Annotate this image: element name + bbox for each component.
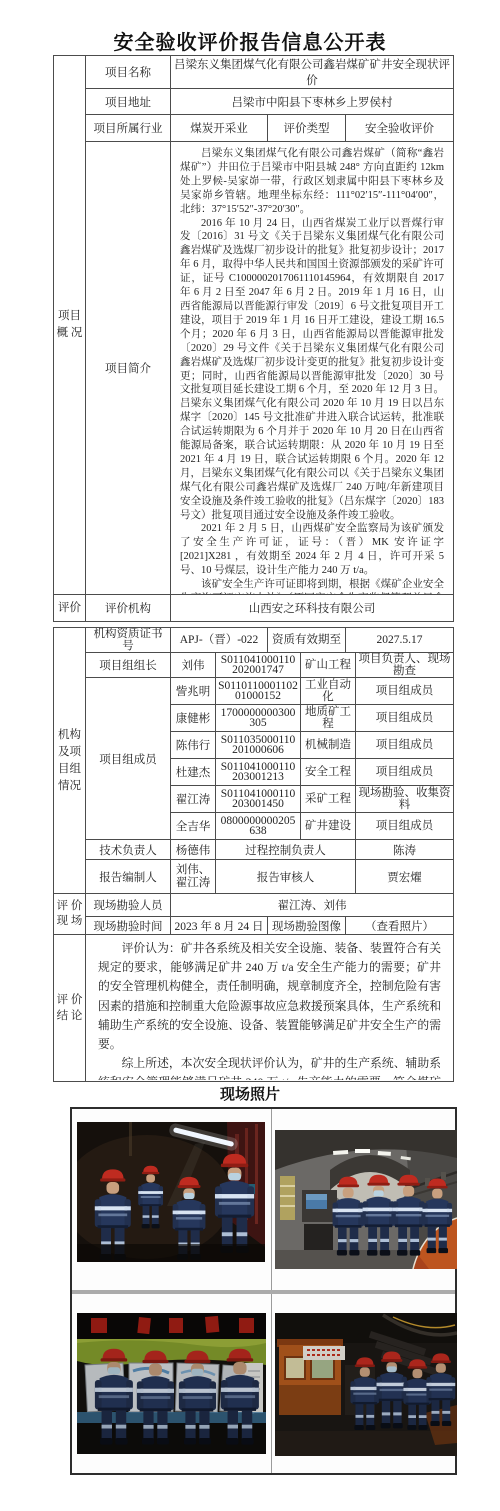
photo-underground-station-group bbox=[275, 1313, 457, 1456]
project-intro-text: 吕梁东义集团煤气化有限公司鑫岩煤矿（简称“鑫岩煤矿”）井田位于吕梁市中阳县城 2… bbox=[173, 142, 451, 594]
industry-value: 煤炭开采业 bbox=[171, 115, 268, 142]
project-name-value: 吕梁东义集团煤气化有限公司鑫岩煤矿矿井安全现状评价 bbox=[171, 56, 454, 89]
member-name: 全吉华 bbox=[171, 813, 216, 840]
table-row: 技术负责人 杨德伟 过程控制负责人 陈涛 bbox=[54, 840, 454, 860]
photo-underground-roadway-monitor-group bbox=[275, 1130, 457, 1269]
member-cert: S011041000110203001450 bbox=[216, 786, 301, 813]
table-row: 评 价 现 场 现场勘验人员 翟江涛、刘伟 bbox=[54, 894, 454, 917]
member-name: 陈伟行 bbox=[171, 732, 216, 759]
intro-paragraph: 2016 年 10 月 24 日，山西省煤炭工业厅以晋煤行审发〔2016〕31 … bbox=[180, 217, 444, 523]
conclusion-paragraph: 评价认为：矿井各系统及相关安全设施、装备、装置符合有关规定的要求，能够满足矿井 … bbox=[98, 939, 441, 1054]
report-reviewer-label: 报告审核人 bbox=[216, 860, 356, 894]
member-cert: 1700000000300305 bbox=[216, 705, 301, 732]
table-row: 项目所属行业 煤炭开采业 评价类型 安全验收评价 bbox=[54, 115, 454, 142]
member-name: 訾兆明 bbox=[171, 678, 216, 705]
eval-org-label: 评价机构 bbox=[86, 595, 171, 622]
project-name-label: 项目名称 bbox=[86, 56, 171, 89]
conclusion-text: 评价认为：矿井各系统及相关安全设施、装备、装置符合有关规定的要求，能够满足矿井 … bbox=[88, 936, 451, 1080]
table-row: 现场勘验时间 2023 年 8 月 24 日 现场勘验图像 （查看照片） bbox=[54, 917, 454, 935]
report-writer-names: 刘伟、 翟江涛 bbox=[171, 860, 216, 894]
intro-paragraph: 吕梁东义集团煤气化有限公司鑫岩煤矿（简称“鑫岩煤矿”）井田位于吕梁市中阳县城 2… bbox=[180, 147, 444, 217]
team-info-table: 机构 及项 目组 情况 机构资质证书号 APJ-（晋）-022 资质有效期至 2… bbox=[53, 627, 454, 1082]
conclusion-cell: 评价认为：矿井各系统及相关安全设施、装备、装置符合有关规定的要求，能够满足矿井 … bbox=[86, 935, 454, 1082]
member-role: 项目组成员 bbox=[356, 705, 454, 732]
table-row: 项目简介 吕梁东义集团煤气化有限公司鑫岩煤矿（简称“鑫岩煤矿”）井田位于吕梁市中… bbox=[54, 142, 454, 595]
member-role: 项目组成员 bbox=[356, 732, 454, 759]
member-role: 项目组成员 bbox=[356, 813, 454, 840]
member-name: 杜建杰 bbox=[171, 759, 216, 786]
section-label-project-overview: 项目 概 况 bbox=[54, 56, 86, 595]
section-label-team: 机构 及项 目组 情况 bbox=[54, 628, 86, 894]
cert-valid-value: 2027.5.17 bbox=[346, 628, 454, 653]
table-row: 评 价 结 论 评价认为：矿井各系统及相关安全设施、装备、装置符合有关规定的要求… bbox=[54, 935, 454, 1082]
org-cert-no-label: 机构资质证书号 bbox=[86, 628, 171, 653]
process-lead-label: 过程控制负责人 bbox=[216, 840, 356, 860]
member-major: 地质矿工程 bbox=[301, 705, 356, 732]
member-major: 采矿工程 bbox=[301, 786, 356, 813]
members-label: 项目组成员 bbox=[86, 678, 171, 840]
member-row: 项目组成员 訾兆明 S011011000110201000152 工业自动化 项… bbox=[54, 678, 454, 705]
leader-role: 项目负责人、现场勘查 bbox=[356, 653, 454, 678]
table-row: 报告编制人 刘伟、 翟江涛 报告审核人 贾宏燿 bbox=[54, 860, 454, 894]
site-time-value: 2023 年 8 月 24 日 bbox=[171, 917, 268, 935]
table-row: 评价 评价机构 山西安之环科技有限公司 bbox=[54, 595, 454, 622]
member-major: 工业自动化 bbox=[301, 678, 356, 705]
leader-label: 项目组组长 bbox=[86, 653, 171, 678]
leader-cert: S011041000110202001747 bbox=[216, 653, 301, 678]
member-role: 项目组成员 bbox=[356, 759, 454, 786]
photos-horizontal-divider bbox=[72, 1290, 455, 1294]
photo-exhibition-wall-group bbox=[77, 1313, 266, 1454]
report-reviewer-name: 贾宏燿 bbox=[356, 860, 454, 894]
member-cert: S011041000110203001213 bbox=[216, 759, 301, 786]
tech-lead-name: 杨德伟 bbox=[171, 840, 216, 860]
member-role: 现场勘验、收集资料 bbox=[356, 786, 454, 813]
table-row: 项目组组长 刘伟 S011041000110202001747 矿山工程 项目负… bbox=[54, 653, 454, 678]
section-label-evaluation: 评价 bbox=[54, 595, 86, 622]
view-photos-link[interactable]: （查看照片） bbox=[346, 917, 454, 935]
photos-heading: 现场照片 bbox=[0, 1083, 500, 1104]
eval-type-label: 评价类型 bbox=[268, 115, 346, 142]
table-row: 项目 概 况 项目名称 吕梁东义集团煤气化有限公司鑫岩煤矿矿井安全现状评价 bbox=[54, 56, 454, 89]
member-major: 机械制造 bbox=[301, 732, 356, 759]
leader-major: 矿山工程 bbox=[301, 653, 356, 678]
cert-valid-label: 资质有效期至 bbox=[268, 628, 346, 653]
member-name: 翟江涛 bbox=[171, 786, 216, 813]
member-role: 项目组成员 bbox=[356, 678, 454, 705]
eval-org-value: 山西安之环科技有限公司 bbox=[171, 595, 454, 622]
site-image-label: 现场勘验图像 bbox=[268, 917, 346, 935]
table-row: 机构 及项 目组 情况 机构资质证书号 APJ-（晋）-022 资质有效期至 2… bbox=[54, 628, 454, 653]
member-cert: S011011000110201000152 bbox=[216, 678, 301, 705]
project-overview-table: 项目 概 况 项目名称 吕梁东义集团煤气化有限公司鑫岩煤矿矿井安全现状评价 项目… bbox=[53, 55, 454, 622]
project-address-label: 项目地址 bbox=[86, 89, 171, 115]
member-major: 矿井建设 bbox=[301, 813, 356, 840]
table-row: 项目地址 吕梁市中阳县下枣林乡上罗侯村 bbox=[54, 89, 454, 115]
leader-name: 刘伟 bbox=[171, 653, 216, 678]
conclusion-paragraph: 综上所述，本次安全现状评价认为，矿井的生产系统、辅助系统和安全管理能够满足矿井 … bbox=[98, 1054, 441, 1080]
site-people-value: 翟江涛、刘伟 bbox=[171, 894, 454, 917]
photos-grid bbox=[70, 1107, 457, 1475]
project-intro-cell: 吕梁东义集团煤气化有限公司鑫岩煤矿（简称“鑫岩煤矿”）井田位于吕梁市中阳县城 2… bbox=[171, 142, 454, 595]
site-time-label: 现场勘验时间 bbox=[86, 917, 171, 935]
industry-label: 项目所属行业 bbox=[86, 115, 171, 142]
project-address-value: 吕梁市中阳县下枣林乡上罗侯村 bbox=[171, 89, 454, 115]
intro-paragraph: 2021 年 2 月 5 日，山西煤矿安全监察局为该矿颁发了安全生产许可证，证号… bbox=[180, 522, 444, 578]
member-major: 安全工程 bbox=[301, 759, 356, 786]
section-label-conclusion: 评 价 结 论 bbox=[54, 935, 86, 1082]
process-lead-name: 陈涛 bbox=[356, 840, 454, 860]
org-cert-no-value: APJ-（晋）-022 bbox=[171, 628, 268, 653]
project-intro-label: 项目简介 bbox=[86, 142, 171, 595]
section-label-site: 评 价 现 场 bbox=[54, 894, 86, 935]
photo-underground-tunnel-inspection-group bbox=[77, 1122, 265, 1262]
site-people-label: 现场勘验人员 bbox=[86, 894, 171, 917]
intro-paragraph: 该矿安全生产许可证即将到期，根据《煤矿企业安全生产许可证实施办法》（原国家安全生… bbox=[180, 578, 444, 594]
report-writer-label: 报告编制人 bbox=[86, 860, 171, 894]
member-cert: 0800000000205638 bbox=[216, 813, 301, 840]
member-cert: S011035000110201000606 bbox=[216, 732, 301, 759]
tech-lead-label: 技术负责人 bbox=[86, 840, 171, 860]
member-name: 康健彬 bbox=[171, 705, 216, 732]
eval-type-value: 安全验收评价 bbox=[346, 115, 454, 142]
page-title: 安全验收评价报告信息公开表 bbox=[0, 26, 500, 55]
